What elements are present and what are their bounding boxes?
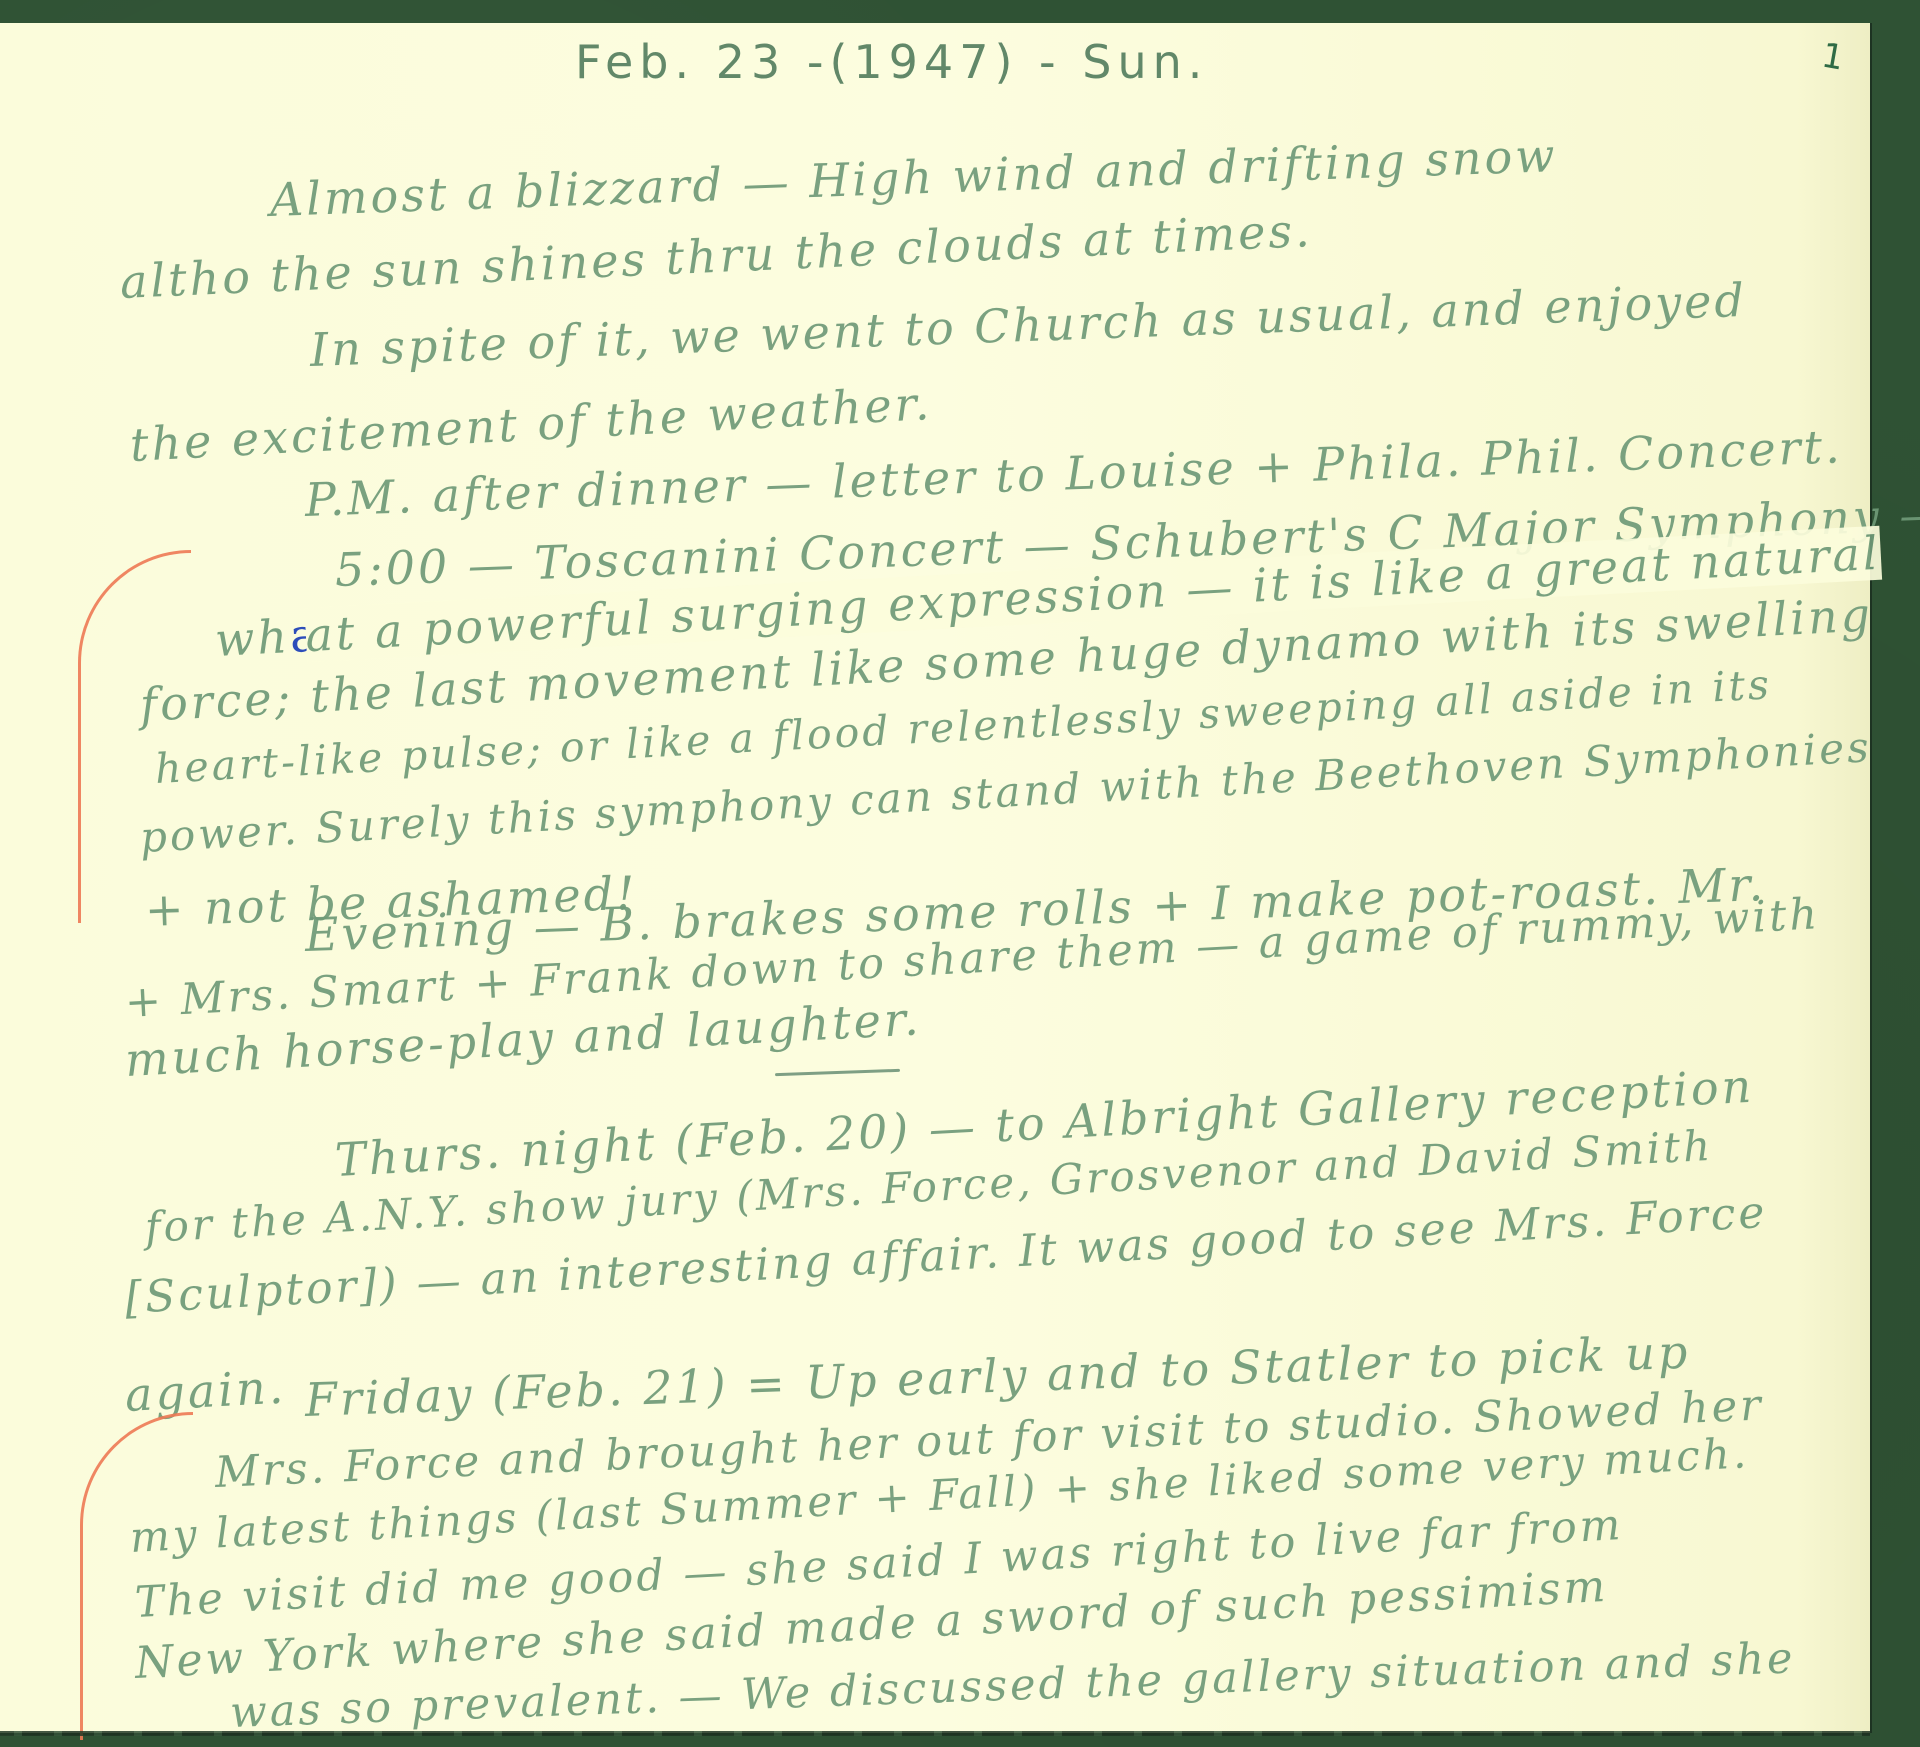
pencil-prefix: wh [214,609,292,667]
entry-separator-line [775,1069,900,1076]
red-margin-bracket [78,550,191,923]
entry-line: again. [124,1360,288,1422]
entry-line: Almost a blizzard — High wind and drifti… [269,128,1558,227]
entry-date-header: Feb. 23 -(1947) - Sun. [575,35,1208,89]
red-margin-bracket [80,1412,193,1740]
journal-page: 1 Feb. 23 -(1947) - Sun. Almost a blizza… [0,23,1870,1733]
paper-bottom-edge [0,1731,1870,1736]
page-number: 1 [1819,35,1847,78]
